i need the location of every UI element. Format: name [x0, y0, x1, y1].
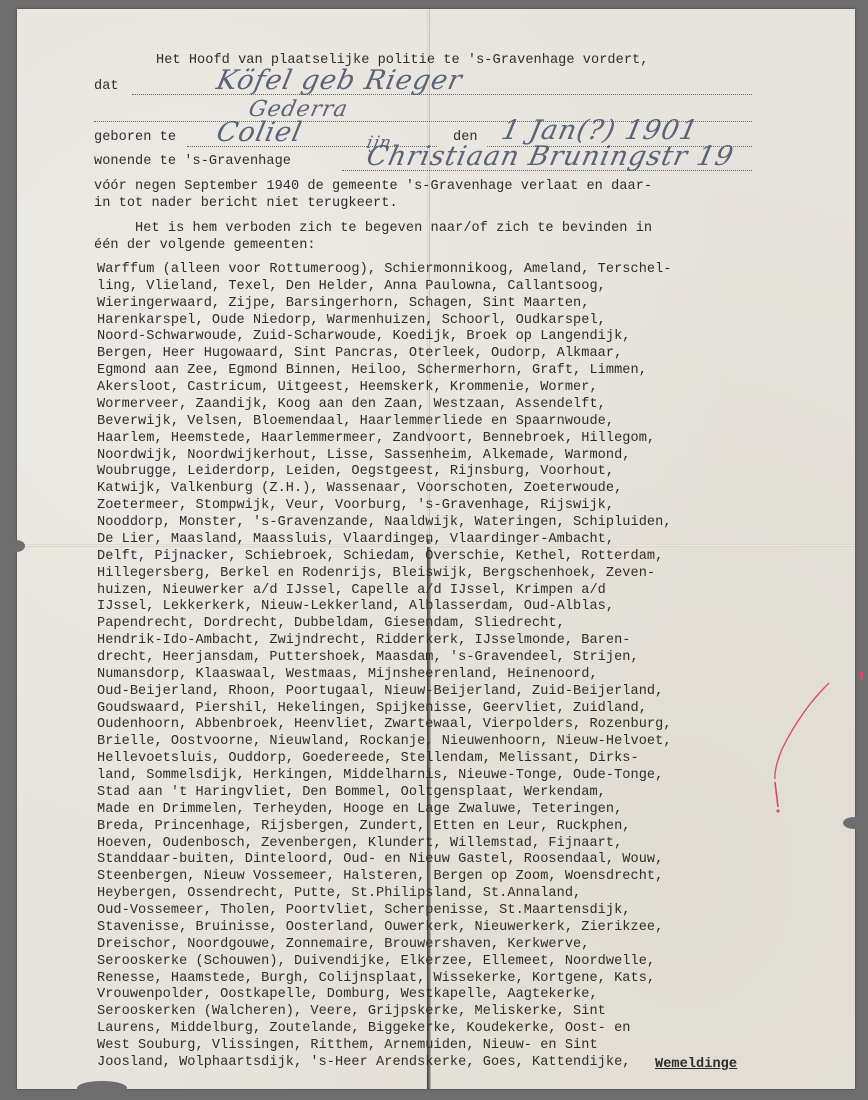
- handwritten-address: Christiaan Bruningstr 19: [364, 141, 737, 172]
- municipality-line: Hendrik-Ido-Ambacht, Zwijndrecht, Ridder…: [97, 633, 631, 650]
- municipality-line: drecht, Heerjansdam, Puttershoek, Maasda…: [97, 650, 639, 667]
- municipality-line: Haarlem, Heemstede, Haarlemmermeer, Zand…: [97, 431, 655, 448]
- municipality-line: Oud-Beijerland, Rhoon, Poortugaal, Nieuw…: [97, 684, 663, 701]
- municipality-line: Breda, Princenhage, Rijsbergen, Zundert,…: [97, 819, 631, 836]
- municipality-line: Papendrecht, Dordrecht, Dubbeldam, Giese…: [97, 616, 565, 633]
- municipality-line: Stad aan 't Haringvliet, Den Bommel, Ool…: [97, 785, 606, 802]
- municipality-line: Hillegersberg, Berkel en Rodenrijs, Blei…: [97, 566, 655, 583]
- order-line-2: in tot nader bericht niet terugkeert.: [94, 196, 398, 213]
- municipality-line: Beverwijk, Velsen, Bloemendaal, Haarlemm…: [97, 414, 614, 431]
- red-pencil-tick: [860, 672, 863, 679]
- municipality-line: Vrouwenpolder, Oostkapelle, Domburg, Wes…: [97, 987, 598, 1004]
- prohibition-line-2: één der volgende gemeenten:: [94, 238, 316, 255]
- municipality-line: Wormerveer, Zaandijk, Koog aan den Zaan,…: [97, 397, 606, 414]
- municipality-line: Hellevoetsluis, Ouddorp, Goedereede, Ste…: [97, 751, 639, 768]
- handwritten-name: Köfel geb Rieger: [214, 65, 466, 96]
- municipality-line: Oud-Vossemeer, Tholen, Poortvliet, Scher…: [97, 903, 631, 920]
- municipality-line: Zoetermeer, Stompwijk, Veur, Voorburg, '…: [97, 498, 614, 515]
- municipality-line: Egmond aan Zee, Egmond Binnen, Heiloo, S…: [97, 363, 647, 380]
- municipality-line: Serooskerken (Walcheren), Veere, Grijpsk…: [97, 1004, 606, 1021]
- municipality-line: Steenbergen, Nieuw Vossemeer, Halsteren,…: [97, 869, 663, 886]
- municipality-line: Heybergen, Ossendrecht, Putte, St.Philip…: [97, 886, 581, 903]
- order-line-1: vóór negen September 1940 de gemeente 's…: [94, 179, 652, 196]
- municipality-line: Katwijk, Valkenburg (Z.H.), Wassenaar, V…: [97, 481, 622, 498]
- municipality-line: land, Sommelsdijk, Herkingen, Middelharn…: [97, 768, 663, 785]
- document-paper: Het Hoofd van plaatselijke politie te 's…: [17, 9, 855, 1089]
- municipality-line: IJssel, Lekkerkerk, Nieuw-Lekkerland, Al…: [97, 599, 614, 616]
- label-wonende-te: wonende te 's-Gravenhage: [94, 154, 291, 171]
- municipality-line: Oudenhoorn, Abbenbroek, Heenvliet, Zwart…: [97, 717, 672, 734]
- municipality-line: Brielle, Oostvoorne, Nieuwland, Rockanje…: [97, 734, 672, 751]
- continuation-word: Wemeldinge: [655, 1057, 737, 1074]
- municipality-line: Renesse, Haamstede, Burgh, Colijnsplaat,…: [97, 971, 655, 988]
- municipality-line: Wieringerwaard, Zijpe, Barsingerhorn, Sc…: [97, 296, 589, 313]
- municipality-line: Akersloot, Castricum, Uitgeest, Heemsker…: [97, 380, 598, 397]
- municipality-line: Numansdorp, Klaaswaal, Westmaas, Mijnshe…: [97, 667, 598, 684]
- municipality-line: Noord-Schwarwoude, Zuid-Scharwoude, Koed…: [97, 329, 631, 346]
- municipality-line: West Souburg, Vlissingen, Ritthem, Arnem…: [97, 1038, 598, 1055]
- municipality-line: Hoeven, Oudenbosch, Zevenbergen, Klunder…: [97, 836, 622, 853]
- municipality-line: Nooddorp, Monster, 's-Gravenzande, Naald…: [97, 515, 672, 532]
- municipality-line: Serooskerke (Schouwen), Duivendijke, Elk…: [97, 954, 655, 971]
- municipality-line: Stavenisse, Bruinisse, Oosterland, Ouwer…: [97, 920, 663, 937]
- label-geboren-te: geboren te: [94, 130, 176, 147]
- municipality-line: Laurens, Middelburg, Zoutelande, Biggeke…: [97, 1021, 631, 1038]
- red-pencil-mark: [752, 679, 832, 819]
- edge-notch-bottom: [77, 1081, 127, 1095]
- municipality-line: Noordwijk, Noordwijkerhout, Lisse, Sasse…: [97, 448, 631, 465]
- municipality-line: ling, Vlieland, Texel, Den Helder, Anna …: [97, 279, 606, 296]
- municipality-line: Goudswaard, Piershil, Hekelingen, Spijke…: [97, 701, 647, 718]
- municipality-line: Standdaar-buiten, Dinteloord, Oud- en Ni…: [97, 852, 663, 869]
- municipality-line: Warffum (alleen voor Rottumeroog), Schie…: [97, 262, 672, 279]
- municipality-line: Woubrugge, Leiderdorp, Leiden, Oegstgees…: [97, 464, 614, 481]
- municipality-line: De Lier, Maasland, Maassluis, Vlaardinge…: [97, 532, 614, 549]
- municipality-line: huizen, Nieuwerker a/d IJssel, Capelle a…: [97, 583, 606, 600]
- edge-notch-right: [843, 817, 865, 829]
- prohibition-line-1: Het is hem verboden zich te begeven naar…: [94, 221, 652, 238]
- municipality-line: Bergen, Heer Hugowaard, Sint Pancras, Ot…: [97, 346, 622, 363]
- edge-notch-left: [7, 540, 25, 552]
- handwritten-birthplace: Coliel: [214, 117, 305, 148]
- municipality-line: Dreischor, Noordgouwe, Zonnemaire, Brouw…: [97, 937, 589, 954]
- municipality-line: Joosland, Wolphaartsdijk, 's-Heer Arends…: [97, 1055, 631, 1072]
- label-dat: dat: [94, 79, 119, 96]
- municipality-line: Made en Drimmelen, Terheyden, Hooge en L…: [97, 802, 622, 819]
- municipality-line: Delft, Pijnacker, Schiebroek, Schiedam, …: [97, 549, 663, 566]
- municipality-line: Harenkarspel, Oude Niedorp, Warmenhuizen…: [97, 313, 606, 330]
